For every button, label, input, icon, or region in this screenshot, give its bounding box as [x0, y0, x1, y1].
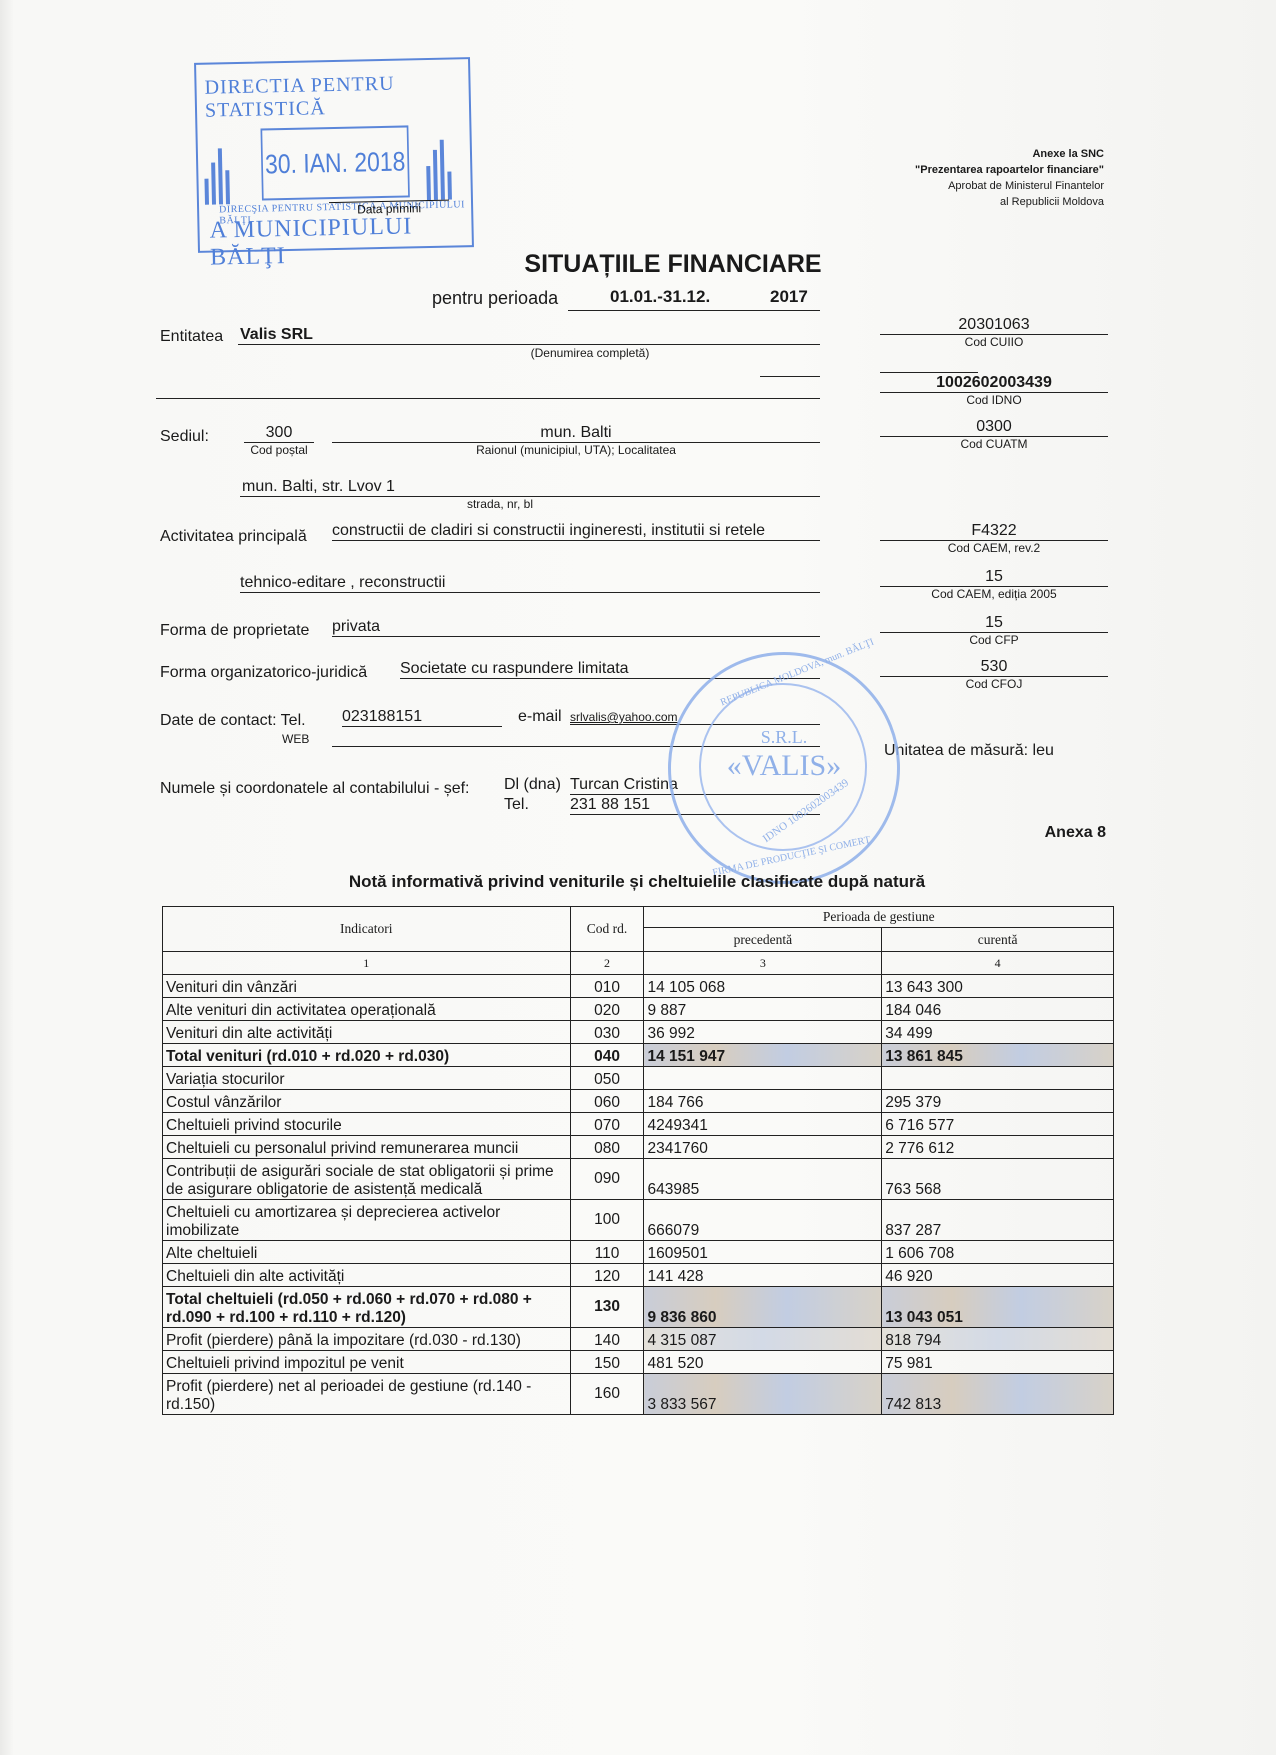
page-title: SITUAȚIILE FINANCIARE — [0, 250, 1276, 279]
table-row: Contribuții de asigurări sociale de stat… — [163, 1159, 1114, 1200]
code-cfoj: 530 Cod CFOJ — [880, 658, 1108, 691]
indicator-cell: Venituri din vânzări — [163, 975, 571, 998]
barcode-icon — [204, 144, 235, 205]
indicator-cell: Cheltuieli privind stocurile — [163, 1113, 571, 1136]
measurement-unit: Unitatea de măsură: leu — [884, 742, 1054, 760]
indicator-cell: Contribuții de asigurări sociale de stat… — [163, 1159, 571, 1200]
code-cell: 060 — [570, 1090, 644, 1113]
code-cell: 090 — [570, 1159, 644, 1200]
code-cell: 050 — [570, 1067, 644, 1090]
accountant-label: Numele și coordonatele al contabilului -… — [160, 780, 470, 798]
ownership-label: Forma de proprietate — [160, 622, 309, 640]
code-cell: 140 — [570, 1328, 644, 1351]
annex-line1: Anexe la SNC — [915, 146, 1104, 162]
col-number: 4 — [882, 952, 1114, 975]
code-cfp: 15 Cod CFP — [880, 614, 1108, 647]
indicator-cell: Alte cheltuieli — [163, 1241, 571, 1264]
table-row: Total cheltuieli (rd.050 + rd.060 + rd.0… — [163, 1287, 1114, 1328]
annex-header: Anexe la SNC "Prezentarea rapoartelor fi… — [915, 146, 1104, 210]
current-value-cell — [882, 1067, 1114, 1090]
code-cuiio: 20301063 Cod CUIIO — [880, 316, 1108, 349]
previous-value-cell: 1609501 — [644, 1241, 882, 1264]
indicator-cell: Costul vânzărilor — [163, 1090, 571, 1113]
indicator-cell: Total venituri (rd.010 + rd.020 + rd.030… — [163, 1044, 571, 1067]
current-value-cell: 184 046 — [882, 998, 1114, 1021]
code-cell: 030 — [570, 1021, 644, 1044]
ownership-value: privata — [332, 618, 820, 637]
previous-value-cell: 184 766 — [644, 1090, 882, 1113]
code-cell: 020 — [570, 998, 644, 1021]
annex-line4: al Republicii Moldova — [915, 194, 1104, 210]
scanned-page: DIRECTIA PENTRU STATISTICĂ 30. IAN. 2018… — [0, 0, 1276, 1755]
entity-caption: (Denumirea completă) — [470, 346, 710, 360]
previous-value-cell: 4249341 — [644, 1113, 882, 1136]
code-cell: 040 — [570, 1044, 644, 1067]
table-row: Alte venituri din activitatea operaționa… — [163, 998, 1114, 1021]
indicator-cell: Venituri din alte activități — [163, 1021, 571, 1044]
code-cuatm: 0300 Cod CUATM — [880, 418, 1108, 451]
code-cell: 070 — [570, 1113, 644, 1136]
current-value-cell: 818 794 — [882, 1328, 1114, 1351]
col-number: 1 — [163, 952, 571, 975]
indicator-cell: Profit (pierdere) net al perioadei de ge… — [163, 1374, 571, 1415]
table-row: Cheltuieli cu personalul privind remuner… — [163, 1136, 1114, 1159]
header-indicators: Indicatori — [163, 907, 571, 952]
table-row: Alte cheltuieli11016095011 606 708 — [163, 1241, 1114, 1264]
stamp-date: 30. IAN. 2018 — [260, 125, 409, 200]
indicator-cell: Profit (pierdere) până la impozitare (rd… — [163, 1328, 571, 1351]
current-value-cell: 34 499 — [882, 1021, 1114, 1044]
code-cell: 160 — [570, 1374, 644, 1415]
table-row: Profit (pierdere) până la impozitare (rd… — [163, 1328, 1114, 1351]
table-row: Cheltuieli din alte activități120141 428… — [163, 1264, 1114, 1287]
current-value-cell: 75 981 — [882, 1351, 1114, 1374]
entity-label: Entitatea — [160, 328, 223, 346]
previous-value-cell: 2341760 — [644, 1136, 882, 1159]
col-number: 2 — [570, 952, 644, 975]
annex-number: Anexa 8 — [1045, 824, 1106, 842]
table-row: Variația stocurilor050 — [163, 1067, 1114, 1090]
table-row: Venituri din vânzări01014 105 06813 643 … — [163, 975, 1114, 998]
annex-line3: Aprobat de Ministerul Finantelor — [915, 178, 1104, 194]
current-value-cell: 1 606 708 — [882, 1241, 1114, 1264]
period-year: 2017 — [770, 287, 808, 307]
current-value-cell: 13 643 300 — [882, 975, 1114, 998]
previous-value-cell: 666079 — [644, 1200, 882, 1241]
legal-form-label: Forma organizatorico-juridică — [160, 664, 367, 682]
period-range: 01.01.-31.12. — [610, 287, 710, 307]
indicator-cell: Alte venituri din activitatea operaționa… — [163, 998, 571, 1021]
previous-value-cell: 643985 — [644, 1159, 882, 1200]
activity-line2: tehnico-editare , reconstructii — [240, 574, 820, 593]
table-row: Costul vânzărilor060184 766295 379 — [163, 1090, 1114, 1113]
code-cell: 080 — [570, 1136, 644, 1159]
indicator-cell: Cheltuieli privind impozitul pe venit — [163, 1351, 571, 1374]
current-value-cell: 2 776 612 — [882, 1136, 1114, 1159]
code-cell: 130 — [570, 1287, 644, 1328]
indicator-cell: Cheltuieli cu personalul privind remuner… — [163, 1136, 571, 1159]
previous-value-cell: 14 105 068 — [644, 975, 882, 998]
contact-phone: 023188151 — [342, 708, 502, 727]
previous-value-cell: 36 992 — [644, 1021, 882, 1044]
annex-line2: "Prezentarea rapoartelor financiare" — [915, 162, 1104, 178]
street: mun. Balti, str. Lvov 1 strada, nr, bl — [240, 478, 820, 511]
code-cell: 150 — [570, 1351, 644, 1374]
current-value-cell: 742 813 — [882, 1374, 1114, 1415]
previous-value-cell: 9 887 — [644, 998, 882, 1021]
period-label: pentru perioada — [432, 288, 558, 309]
locality: mun. Balti Raionul (municipiul, UTA); Lo… — [332, 424, 820, 457]
current-value-cell: 6 716 577 — [882, 1113, 1114, 1136]
table-row: Cheltuieli cu amortizarea și deprecierea… — [163, 1200, 1114, 1241]
entity-name: Valis SRL — [240, 326, 313, 344]
code-cell: 120 — [570, 1264, 644, 1287]
table-row: Profit (pierdere) net al perioadei de ge… — [163, 1374, 1114, 1415]
postal-code: 300 Cod poștal — [244, 424, 314, 457]
code-caem-2005: 15 Cod CAEM, ediția 2005 — [880, 568, 1108, 601]
code-cell: 110 — [570, 1241, 644, 1264]
header-current: curentă — [882, 928, 1114, 952]
previous-value-cell — [644, 1067, 882, 1090]
company-seal: REPUBLICA MOLDOVA, mun. BĂLŢI S.R.L. «VA… — [668, 652, 900, 884]
received-date-label: Data primirii — [329, 200, 449, 218]
indicator-cell: Cheltuieli cu amortizarea și deprecierea… — [163, 1200, 571, 1241]
accountant-name-label: Dl (dna) — [504, 776, 561, 794]
web-label: WEB — [282, 732, 309, 746]
stamp-institution: DIRECTIA PENTRU STATISTICĂ — [204, 71, 469, 123]
code-cell: 010 — [570, 975, 644, 998]
table-row: Cheltuieli privind stocurile07042493416 … — [163, 1113, 1114, 1136]
indicator-cell: Variația stocurilor — [163, 1067, 571, 1090]
barcode-icon — [426, 139, 457, 200]
header-period: Perioada de gestiune — [644, 907, 1114, 928]
indicator-cell: Cheltuieli din alte activități — [163, 1264, 571, 1287]
code-caem-rev2: F4322 Cod CAEM, rev.2 — [880, 522, 1108, 555]
activity-line1: constructii de cladiri si constructii in… — [332, 522, 820, 541]
current-value-cell: 837 287 — [882, 1200, 1114, 1241]
header-previous: precedentă — [644, 928, 882, 952]
activity-label: Activitatea principală — [160, 528, 307, 546]
header-code: Cod rd. — [570, 907, 644, 952]
previous-value-cell: 14 151 947 — [644, 1044, 882, 1067]
previous-value-cell: 4 315 087 — [644, 1328, 882, 1351]
current-value-cell: 13 043 051 — [882, 1287, 1114, 1328]
table-row: Total venituri (rd.010 + rd.020 + rd.030… — [163, 1044, 1114, 1067]
email-label: e-mail — [518, 708, 562, 726]
previous-value-cell: 141 428 — [644, 1264, 882, 1287]
current-value-cell: 13 861 845 — [882, 1044, 1114, 1067]
table-row: Cheltuieli privind impozitul pe venit150… — [163, 1351, 1114, 1374]
previous-value-cell: 3 833 567 — [644, 1374, 882, 1415]
indicator-cell: Total cheltuieli (rd.050 + rd.060 + rd.0… — [163, 1287, 571, 1328]
current-value-cell: 295 379 — [882, 1090, 1114, 1113]
contact-label: Date de contact: Tel. — [160, 712, 306, 730]
address-label: Sediul: — [160, 428, 209, 446]
accountant-tel-label: Tel. — [504, 796, 529, 814]
previous-value-cell: 481 520 — [644, 1351, 882, 1374]
code-cell: 100 — [570, 1200, 644, 1241]
current-value-cell: 763 568 — [882, 1159, 1114, 1200]
code-idno: 1002602003439 Cod IDNO — [880, 374, 1108, 407]
current-value-cell: 46 920 — [882, 1264, 1114, 1287]
table-row: Venituri din alte activități03036 99234 … — [163, 1021, 1114, 1044]
income-expense-table: Indicatori Cod rd. Perioada de gestiune … — [162, 906, 1114, 1415]
table-title: Notă informativă privind veniturile și c… — [160, 872, 1114, 892]
col-number: 3 — [644, 952, 882, 975]
receipt-stamp: DIRECTIA PENTRU STATISTICĂ 30. IAN. 2018… — [194, 57, 474, 253]
previous-value-cell: 9 836 860 — [644, 1287, 882, 1328]
